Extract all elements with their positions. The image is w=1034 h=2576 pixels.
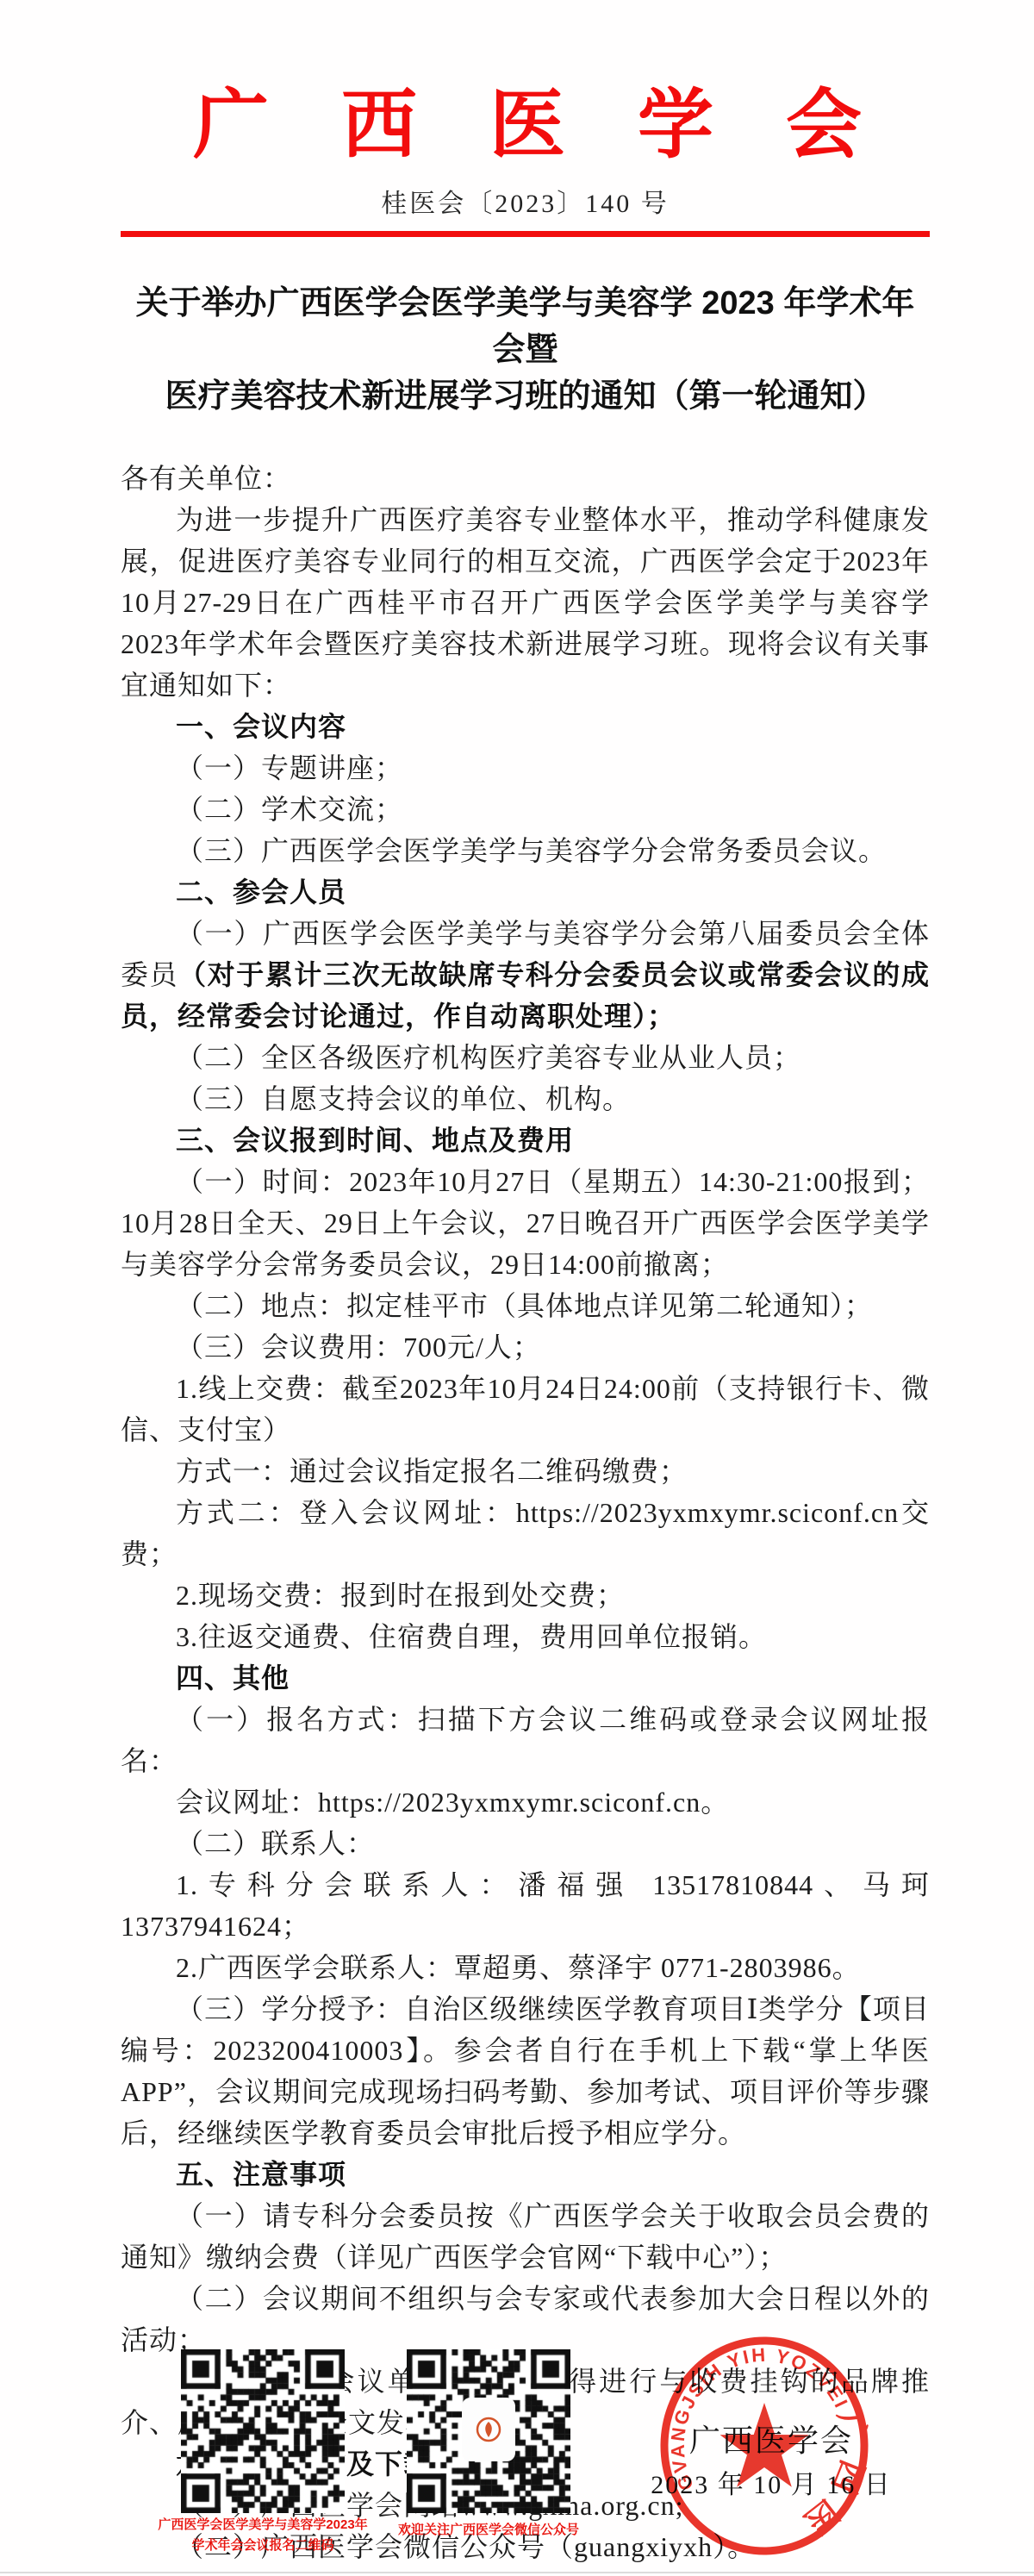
section-heading: 三、会议报到时间、地点及费用	[121, 1120, 930, 1161]
text-run: 方式二：登入会议网址：https://2023yxmxymr.sciconf.c…	[121, 1497, 930, 1569]
registration-qr-caption-line1: 广西医学会医学美学与美容学2023年	[134, 2515, 392, 2535]
qr-center-logo	[464, 2399, 514, 2460]
body-paragraph: （三）会议费用：700元/人；	[121, 1326, 930, 1368]
document-footer: 广西医学会医学美学与美容学2023年 学术年会会议报名二维码 欢迎关注广西医学会…	[0, 2322, 1034, 2576]
wechat-qr-wrap	[407, 2349, 570, 2513]
text-run: 2.现场交费：报到时在报到处交费；	[176, 1580, 625, 1611]
body-paragraph: 2.广西医学会联系人：覃超勇、蔡泽宇 0771-2803986。	[121, 1947, 930, 1988]
text-run: 3.往返交通费、住宿费自理，费用回单位报销。	[176, 1621, 767, 1652]
text-run: 1.专科分会联系人：潘福强 13517810844、马珂 13737941624…	[121, 1869, 930, 1942]
text-run: 三、会议报到时间、地点及费用	[176, 1125, 574, 1156]
section-heading: 四、其他	[121, 1657, 930, 1699]
text-run: （二）地点：拟定桂平市（具体地点详见第二轮通知）；	[176, 1290, 873, 1321]
body-paragraph: （一）报名方式：扫描下方会议二维码或登录会议网址报名：	[121, 1699, 930, 1781]
document-number: 桂医会〔2023〕140 号	[121, 182, 930, 220]
section-heading: 五、注意事项	[121, 2154, 930, 2195]
text-run: （一）时间：2023年10月27日（星期五）14:30-21:00报到；10月2…	[121, 1166, 930, 1280]
body-paragraph: （三）学分授予：自治区级继续医学教育项目Ⅰ类学分【项目编号：2023200410…	[121, 1988, 930, 2154]
body-paragraph: （二）地点：拟定桂平市（具体地点详见第二轮通知）；	[121, 1285, 930, 1326]
body-paragraph: 3.往返交通费、住宿费自理，费用回单位报销。	[121, 1616, 930, 1657]
text-run: （一）报名方式：扫描下方会议二维码或登录会议网址报名：	[121, 1704, 930, 1776]
letterhead-org-title: 广西医学会	[121, 83, 930, 170]
notice-body: 各有关单位：为进一步提升广西医疗美容专业整体水平，推动学科健康发展，促进医疗美容…	[121, 458, 930, 2567]
body-paragraph: （一）广西医学会医学美学与美容学分会第八届委员会全体委员（对于累计三次无故缺席专…	[121, 913, 930, 1037]
text-run: （二）全区各级医疗机构医疗美容专业从业人员；	[176, 1042, 801, 1073]
text-run: 会议网址：https://2023yxmxymr.sciconf.cn。	[176, 1787, 729, 1818]
text-run: （三）会议费用：700元/人；	[176, 1332, 541, 1363]
body-paragraph: （三）广西医学会医学美学与美容学分会常务委员会议。	[121, 830, 930, 871]
section-heading: 一、会议内容	[121, 706, 930, 747]
text-run: （一）专题讲座；	[176, 752, 403, 783]
text-run: 一、会议内容	[176, 711, 346, 742]
text-run: （二）联系人：	[176, 1828, 375, 1859]
text-run: （三）学分授予：自治区级继续医学教育项目Ⅰ类学分【项目编号：2023200410…	[121, 1993, 930, 2149]
text-run: 五、注意事项	[176, 2159, 346, 2190]
section-heading: 二、参会人员	[121, 871, 930, 913]
document-page: 广西医学会 桂医会〔2023〕140 号 关于举办广西医学会医学美学与美容学 2…	[0, 0, 1034, 2576]
body-paragraph: 2.现场交费：报到时在报到处交费；	[121, 1575, 930, 1616]
society-logo-icon	[474, 2415, 503, 2444]
body-paragraph: 方式一：通过会议指定报名二维码缴费；	[121, 1450, 930, 1492]
body-paragraph: 为进一步提升广西医疗美容专业整体水平，推动学科健康发展，促进医疗美容专业同行的相…	[121, 499, 930, 706]
body-paragraph: 会议网址：https://2023yxmxymr.sciconf.cn。	[121, 1781, 930, 1823]
body-paragraph: （一）请专科分会委员按《广西医学会关于收取会员会费的通知》缴纳会费（详见广西医学…	[121, 2195, 930, 2278]
body-paragraph: 1.线上交费：截至2023年10月24日24:00前（支持银行卡、微信、支付宝）	[121, 1368, 930, 1450]
text-run: （二）学术交流；	[176, 794, 403, 825]
text-run: （三）广西医学会医学美学与美容学分会常务委员会议。	[176, 835, 887, 866]
body-paragraph: （一）时间：2023年10月27日（星期五）14:30-21:00报到；10月2…	[121, 1161, 930, 1285]
registration-qr-caption-line2: 学术年会会议报名二维码	[134, 2535, 392, 2556]
registration-qr-code	[181, 2349, 345, 2513]
document-content: 广西医学会 桂医会〔2023〕140 号 关于举办广西医学会医学美学与美容学 2…	[0, 83, 1034, 2567]
notice-title: 关于举办广西医学会医学美学与美容学 2023 年学术年会暨 医疗美容技术新进展学…	[121, 280, 930, 420]
text-run: 1.线上交费：截至2023年10月24日24:00前（支持银行卡、微信、支付宝）	[121, 1373, 930, 1445]
body-paragraph: 方式二：登入会议网址：https://2023yxmxymr.sciconf.c…	[121, 1492, 930, 1575]
letterhead-red-rule	[121, 231, 930, 237]
text-run: （三）自愿支持会议的单位、机构。	[176, 1083, 631, 1114]
wechat-qr-caption: 欢迎关注广西医学会微信公众号	[359, 2520, 618, 2541]
body-paragraph: （二）学术交流；	[121, 789, 930, 830]
seal-star-icon	[720, 2403, 809, 2487]
body-paragraph: （二）联系人：	[121, 1823, 930, 1864]
text-run: 各有关单位：	[121, 463, 291, 494]
text-run: 二、参会人员	[176, 876, 346, 908]
text-run: （一）请专科分会委员按《广西医学会关于收取会员会费的通知》缴纳会费（详见广西医学…	[121, 2200, 930, 2273]
page-bottom-edge	[0, 2572, 1034, 2573]
body-paragraph: （一）专题讲座；	[121, 747, 930, 789]
body-paragraph: （三）自愿支持会议的单位、机构。	[121, 1078, 930, 1120]
registration-qr-caption: 广西医学会医学美学与美容学2023年 学术年会会议报名二维码	[134, 2515, 392, 2556]
notice-title-line2: 医疗美容技术新进展学习班的通知（第一轮通知）	[121, 373, 930, 420]
body-paragraph: 各有关单位：	[121, 458, 930, 499]
text-run: 为进一步提升广西医疗美容专业整体水平，推动学科健康发展，促进医疗美容专业同行的相…	[121, 504, 930, 701]
notice-title-line1: 关于举办广西医学会医学美学与美容学 2023 年学术年会暨	[121, 280, 930, 373]
text-run: 方式一：通过会议指定报名二维码缴费；	[176, 1456, 688, 1487]
text-run: 2.广西医学会联系人：覃超勇、蔡泽宇 0771-2803986。	[176, 1952, 861, 1983]
body-paragraph: 1.专科分会联系人：潘福强 13517810844、马珂 13737941624…	[121, 1864, 930, 1947]
official-red-seal: GVANGJSIH YIH YOZVEI 广西医学会	[657, 2334, 872, 2560]
text-run: 四、其他	[176, 1662, 290, 1693]
body-paragraph: （二）全区各级医疗机构医疗美容专业从业人员；	[121, 1037, 930, 1078]
text-run: （对于累计三次无故缺席专科分会委员会议或常委会议的成员，经常委会讨论通过，作自动…	[121, 959, 930, 1032]
